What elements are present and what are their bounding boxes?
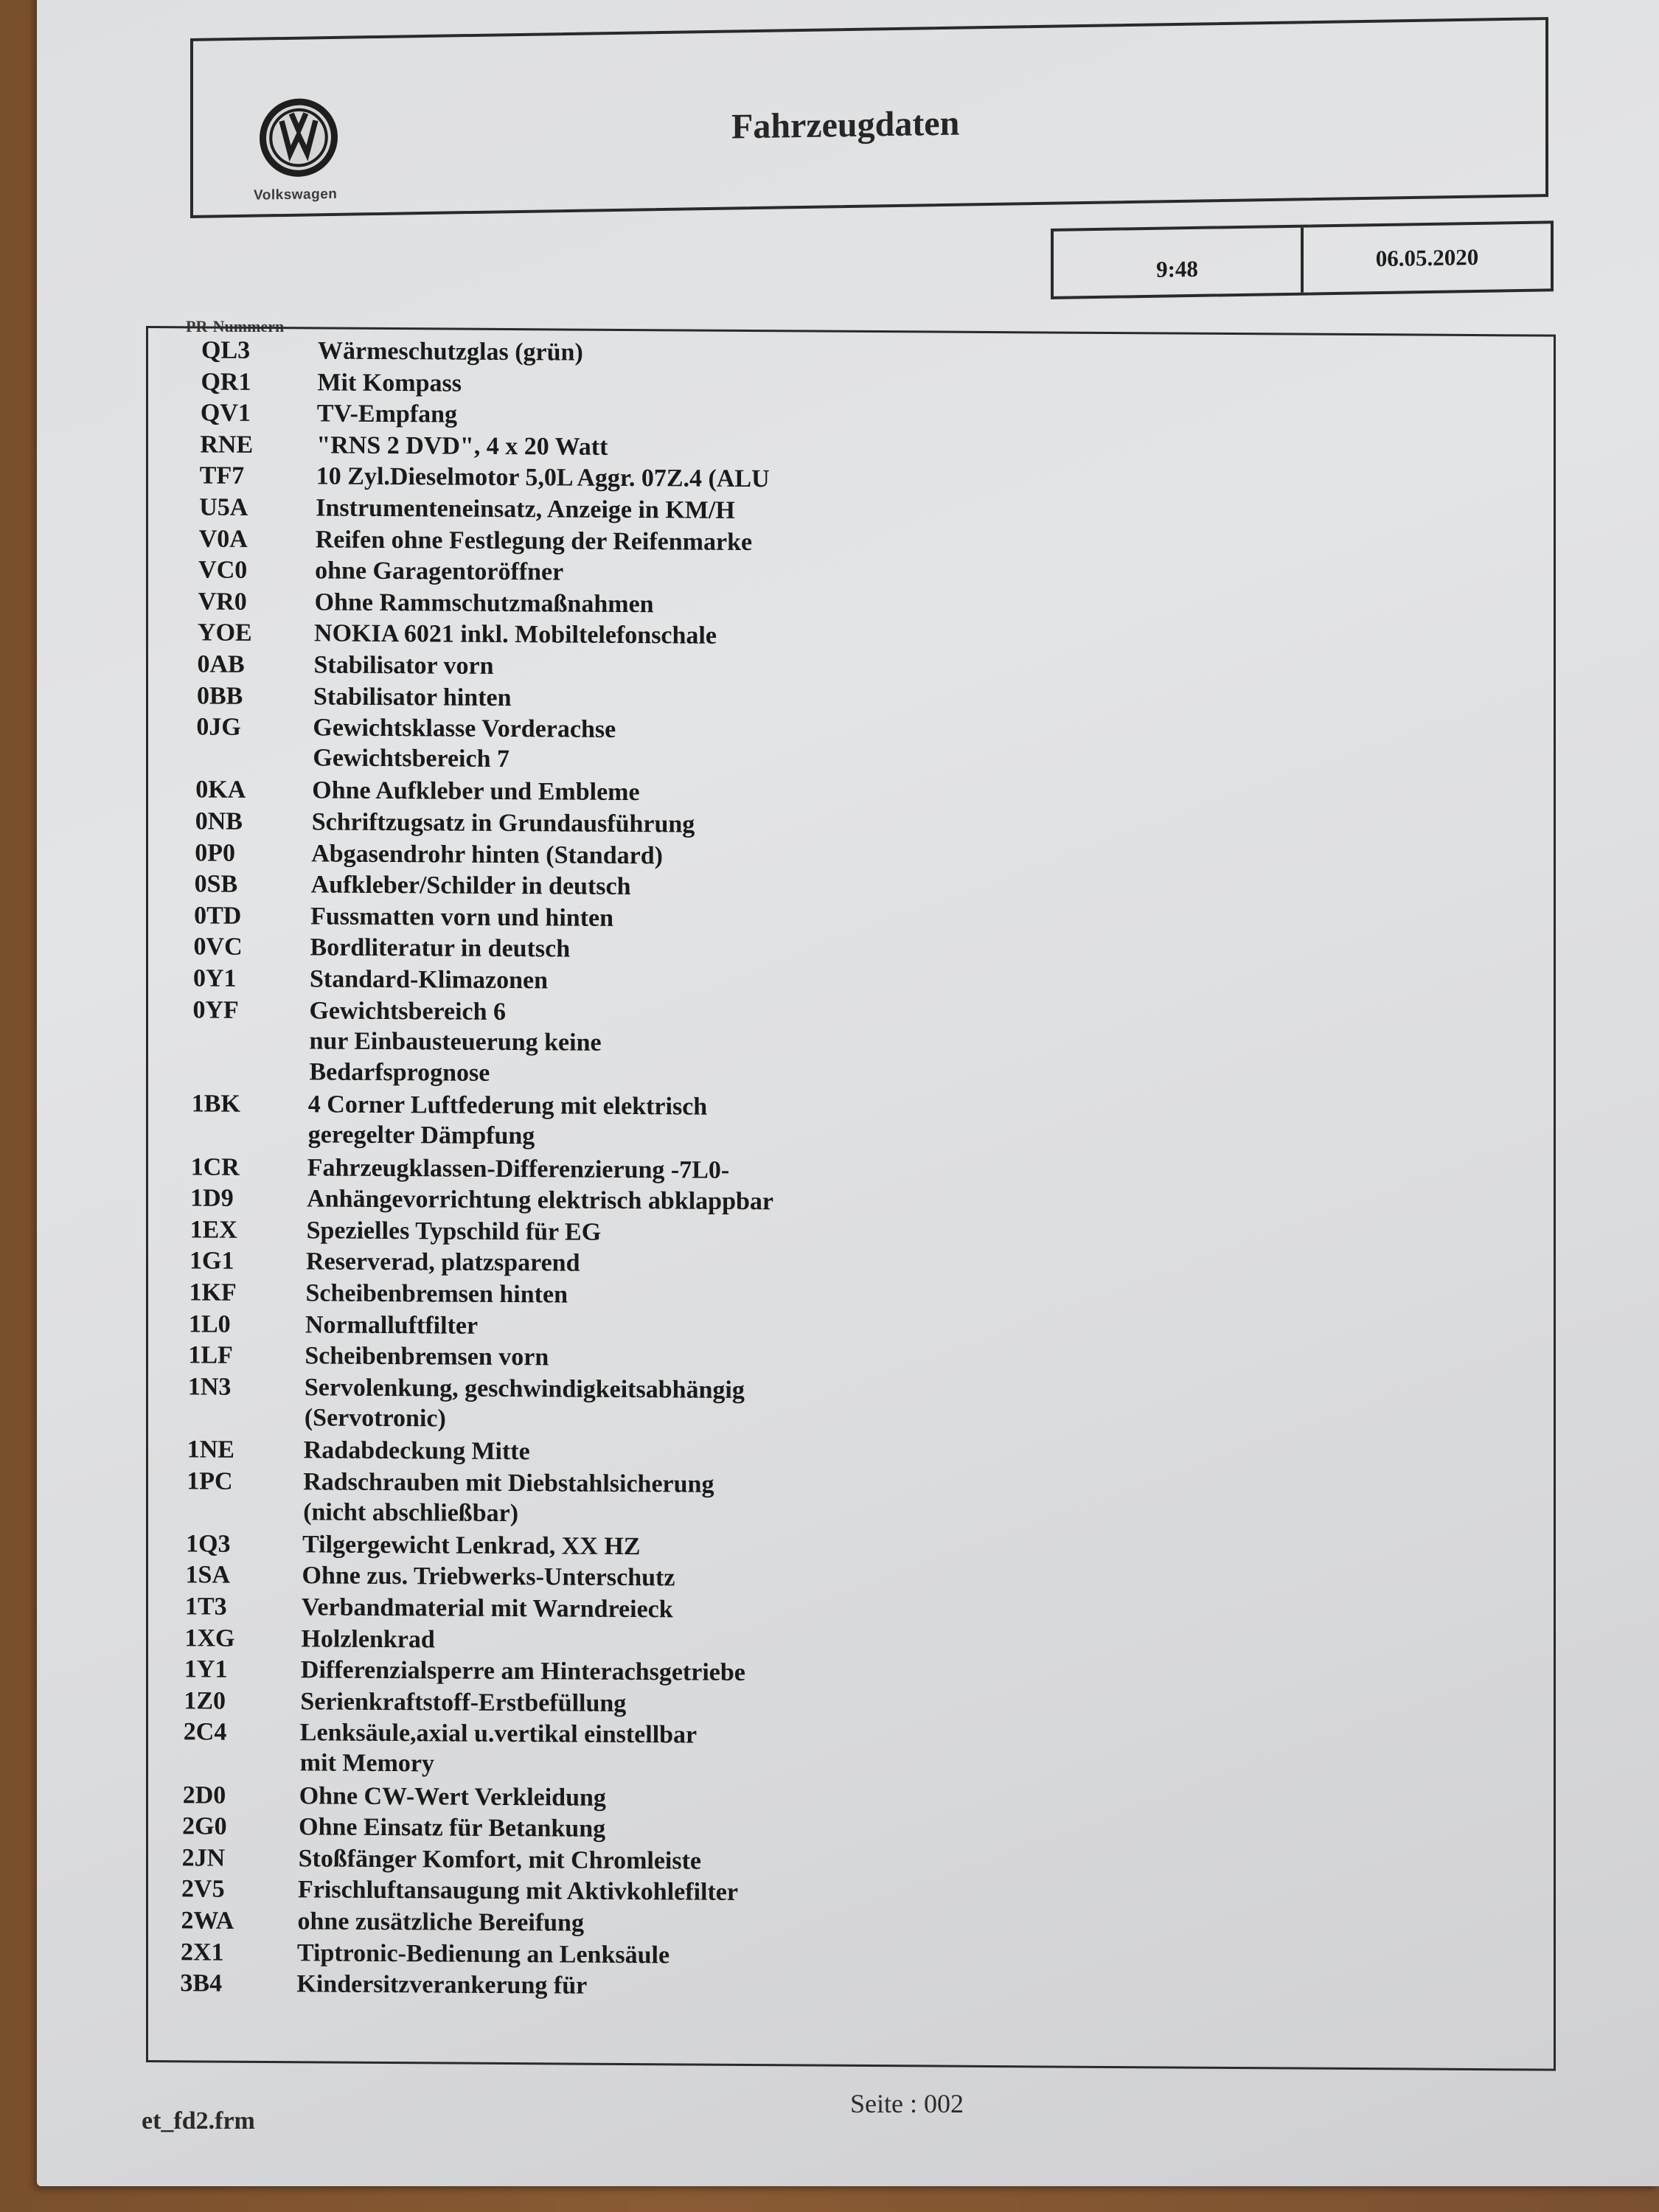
pr-code: 1Q3 bbox=[186, 1529, 302, 1559]
list-item: QL3Wärmeschutzglas (grün) bbox=[201, 335, 583, 367]
pr-description: Gewichtsbereich 6 bbox=[309, 996, 506, 1027]
list-item: 0ABStabilisator vorn bbox=[198, 650, 494, 681]
print-time: 9:48 bbox=[1054, 228, 1301, 296]
pr-code: 0YF bbox=[192, 995, 309, 1026]
list-item: 1Q3Tilgergewicht Lenkrad, XX HZ bbox=[186, 1529, 640, 1562]
pr-code: VC0 bbox=[198, 556, 315, 586]
pr-code: 2WA bbox=[181, 1906, 298, 1936]
pr-description: Scheibenbremsen hinten bbox=[306, 1279, 568, 1310]
list-item: 1N3Servolenkung, geschwindigkeitsabhängi… bbox=[188, 1372, 745, 1436]
pr-code: 1L0 bbox=[189, 1310, 305, 1340]
list-item: 2V5Frischluftansaugung mit Aktivkohlefil… bbox=[181, 1875, 738, 1908]
pr-description: Radabdeckung Mitte bbox=[304, 1436, 530, 1467]
list-item: VC0ohne Garagentoröffner bbox=[198, 556, 563, 588]
pr-code: 0KA bbox=[195, 776, 312, 806]
pr-description: mit Memory bbox=[184, 1747, 697, 1782]
print-date: 06.05.2020 bbox=[1301, 223, 1551, 292]
pr-code: 0TD bbox=[194, 901, 310, 931]
pr-code: TF7 bbox=[200, 462, 316, 492]
pr-code: 1G1 bbox=[189, 1247, 306, 1277]
timestamp-box: 9:48 06.05.2020 bbox=[1051, 220, 1554, 299]
pr-code: 0SB bbox=[195, 870, 311, 900]
pr-description: Reserverad, platzsparend bbox=[306, 1248, 580, 1279]
list-item: 1LFScheibenbremsen vorn bbox=[188, 1341, 549, 1373]
page-title: Fahrzeugdaten bbox=[731, 103, 959, 147]
brand-logo: Volkswagen bbox=[260, 98, 341, 204]
pr-code: 1EX bbox=[190, 1215, 307, 1245]
pr-code: U5A bbox=[199, 493, 316, 523]
list-item: 1PCRadschrauben mit Diebstahlsicherung(n… bbox=[187, 1467, 714, 1531]
pr-code: 0AB bbox=[198, 650, 314, 680]
pr-description: Schriftzugsatz in Grundausführung bbox=[312, 807, 695, 839]
pr-code: 2JN bbox=[182, 1843, 299, 1874]
pr-code: QL3 bbox=[201, 335, 318, 366]
pr-description: Aufkleber/Schilder in deutsch bbox=[311, 871, 631, 902]
pr-code: 2D0 bbox=[183, 1781, 299, 1811]
pr-description: Mit Kompass bbox=[317, 368, 462, 398]
header-box: Volkswagen Fahrzeugdaten bbox=[190, 17, 1548, 218]
pr-description: Ohne Rammschutzmaßnahmen bbox=[315, 588, 654, 619]
pr-description: Stabilisator vorn bbox=[314, 650, 494, 681]
list-item: 1XGHolzlenkrad bbox=[184, 1624, 434, 1655]
pr-code: 1BK bbox=[192, 1090, 308, 1120]
page-number: Seite : 002 bbox=[850, 2088, 964, 2119]
pr-description: Ohne Einsatz für Betankung bbox=[299, 1812, 605, 1844]
pr-code: 1D9 bbox=[190, 1184, 307, 1214]
pr-description: Servolenkung, geschwindigkeitsabhängig bbox=[305, 1373, 745, 1405]
list-item: 2D0Ohne CW-Wert Verkleidung bbox=[183, 1781, 606, 1813]
pr-description: Tiptronic-Bedienung an Lenksäule bbox=[297, 1938, 669, 1970]
pr-description: Lenksäule,axial u.vertikal einstellbar bbox=[300, 1719, 697, 1750]
list-item: 0BBStabilisator hinten bbox=[197, 681, 512, 713]
list-item: VR0Ohne Rammschutzmaßnahmen bbox=[198, 587, 654, 619]
list-item: 0SBAufkleber/Schilder in deutsch bbox=[195, 870, 631, 902]
pr-description: Wärmeschutzglas (grün) bbox=[318, 336, 583, 367]
list-item: 1CRFahrzeugklassen-Differenzierung -7L0- bbox=[191, 1152, 730, 1185]
list-item: 1SAOhne zus. Triebwerks-Unterschutz bbox=[186, 1561, 675, 1593]
pr-code: V0A bbox=[199, 524, 316, 554]
vw-logo-icon bbox=[260, 98, 338, 178]
list-item: 3B4Kindersitzverankerung für bbox=[180, 1969, 587, 2000]
list-item: 0YFGewichtsbereich 6nur Einbausteuerung … bbox=[192, 995, 601, 1091]
pr-description: Ohne zus. Triebwerks-Unterschutz bbox=[302, 1562, 675, 1593]
pr-code: 1CR bbox=[191, 1152, 307, 1183]
brand-name: Volkswagen bbox=[254, 187, 341, 204]
form-name: et_fd2.frm bbox=[142, 2107, 255, 2135]
pr-code: 2C4 bbox=[184, 1718, 300, 1748]
pr-description: Gewichtsklasse Vorderachse bbox=[313, 714, 616, 745]
pr-description: Ohne Aufkleber und Embleme bbox=[312, 776, 639, 808]
pr-code: 1N3 bbox=[188, 1372, 305, 1402]
pr-code: VR0 bbox=[198, 587, 315, 617]
list-item: 2G0Ohne Einsatz für Betankung bbox=[182, 1812, 605, 1844]
pr-numbers-box: QL3Wärmeschutzglas (grün)QR1Mit KompassQ… bbox=[146, 326, 1556, 2071]
list-item: 2WAohne zusätzliche Bereifung bbox=[181, 1906, 584, 1938]
pr-code: 2G0 bbox=[182, 1812, 299, 1842]
list-item: 1EXSpezielles Typschild für EG bbox=[190, 1215, 602, 1247]
list-item: 1G1Reserverad, platzsparend bbox=[189, 1247, 580, 1279]
pr-description: TV-Empfang bbox=[317, 400, 457, 430]
pr-description: Standard-Klimazonen bbox=[310, 964, 548, 995]
pr-description: Serienkraftstoff-Erstbefüllung bbox=[300, 1687, 626, 1719]
pr-code: 1SA bbox=[186, 1561, 302, 1591]
list-item: 1BK4 Corner Luftfederung mit elektrischg… bbox=[192, 1090, 707, 1154]
pr-code: 1NE bbox=[187, 1435, 304, 1465]
pr-description: Spezielles Typschild für EG bbox=[307, 1216, 602, 1247]
list-item: 1NERadabdeckung Mitte bbox=[187, 1435, 530, 1467]
pr-code: 3B4 bbox=[180, 1969, 296, 1999]
pr-description: Stabilisator hinten bbox=[313, 682, 512, 713]
pr-code: 0P0 bbox=[195, 838, 311, 869]
pr-code: 0NB bbox=[195, 807, 312, 837]
pr-description: Stoßfänger Komfort, mit Chromleiste bbox=[299, 1844, 701, 1876]
pr-code: 0JG bbox=[196, 713, 313, 743]
pr-code: 0BB bbox=[197, 681, 313, 712]
list-item: U5AInstrumenteneinsatz, Anzeige in KM/H bbox=[199, 493, 735, 525]
pr-code: QR1 bbox=[201, 367, 317, 397]
pr-description: NOKIA 6021 inkl. Mobiltelefonschale bbox=[314, 619, 717, 651]
pr-description: geregelter Dämpfung bbox=[192, 1119, 707, 1154]
list-item: RNE"RNS 2 DVD", 4 x 20 Watt bbox=[200, 430, 608, 462]
list-item: 2X1Tiptronic-Bedienung an Lenksäule bbox=[181, 1938, 669, 1970]
pr-description: nur Einbausteuerung keine bbox=[192, 1025, 601, 1059]
list-item: 2C4Lenksäule,axial u.vertikal einstellba… bbox=[184, 1718, 697, 1782]
pr-code: 1KF bbox=[189, 1278, 306, 1308]
pr-description: Holzlenkrad bbox=[301, 1624, 434, 1655]
list-item: 0P0Abgasendrohr hinten (Standard) bbox=[195, 838, 663, 871]
pr-description: Scheibenbremsen vorn bbox=[305, 1342, 549, 1373]
pr-description: Gewichtsbereich 7 bbox=[196, 742, 616, 776]
pr-description: Bedarfsprognose bbox=[192, 1057, 601, 1091]
list-item: 1T3Verbandmaterial mit Warndreieck bbox=[185, 1592, 673, 1624]
pr-description: Differenzialsperre am Hinterachsgetriebe bbox=[301, 1655, 745, 1688]
list-item: 0KAOhne Aufkleber und Embleme bbox=[195, 776, 639, 808]
list-item: 0TDFussmatten vorn und hinten bbox=[194, 901, 613, 933]
pr-description: Frischluftansaugung mit Aktivkohlefilter bbox=[298, 1876, 738, 1908]
pr-description: Instrumenteneinsatz, Anzeige in KM/H bbox=[316, 493, 735, 525]
list-item: 0VCBordliteratur in deutsch bbox=[194, 933, 571, 964]
list-item: V0AReifen ohne Festlegung der Reifenmark… bbox=[199, 524, 752, 557]
pr-description: ohne Garagentoröffner bbox=[315, 557, 563, 588]
pr-description: ohne zusätzliche Bereifung bbox=[298, 1907, 584, 1938]
list-item: 2JNStoßfänger Komfort, mit Chromleiste bbox=[182, 1843, 701, 1876]
pr-description: (nicht abschließbar) bbox=[187, 1496, 714, 1531]
list-item: 0JGGewichtsklasse VorderachseGewichtsber… bbox=[196, 713, 616, 776]
pr-description: Bordliteratur in deutsch bbox=[310, 933, 571, 964]
pr-code: 1T3 bbox=[185, 1592, 302, 1622]
pr-description: Anhängevorrichtung elektrisch abklappbar bbox=[307, 1185, 773, 1217]
pr-description: Fahrzeugklassen-Differenzierung -7L0- bbox=[307, 1153, 730, 1185]
pr-description: Fussmatten vorn und hinten bbox=[310, 902, 613, 933]
list-item: YOENOKIA 6021 inkl. Mobiltelefonschale bbox=[198, 619, 717, 651]
pr-code: 1XG bbox=[184, 1624, 301, 1654]
list-item: 1KFScheibenbremsen hinten bbox=[189, 1278, 568, 1310]
pr-description: 10 Zyl.Dieselmotor 5,0L Aggr. 07Z.4 (ALU bbox=[316, 462, 770, 495]
pr-description: Kindersitzverankerung für bbox=[296, 1969, 587, 2000]
pr-code: 1LF bbox=[188, 1341, 305, 1371]
pr-description: Verbandmaterial mit Warndreieck bbox=[302, 1593, 673, 1624]
list-item: 0NBSchriftzugsatz in Grundausführung bbox=[195, 807, 695, 839]
list-item: 1Z0Serienkraftstoff-Erstbefüllung bbox=[184, 1686, 626, 1719]
list-item: 0Y1Standard-Klimazonen bbox=[193, 964, 548, 995]
pr-description: Radschrauben mit Diebstahlsicherung bbox=[303, 1467, 714, 1499]
pr-description: Normalluftfilter bbox=[305, 1310, 478, 1340]
pr-description: Reifen ohne Festlegung der Reifenmarke bbox=[316, 525, 752, 557]
pr-description: (Servotronic) bbox=[188, 1402, 745, 1436]
pr-code: 0Y1 bbox=[193, 964, 310, 994]
pr-code: YOE bbox=[198, 619, 314, 649]
pr-code: 2V5 bbox=[181, 1875, 298, 1905]
pr-code: RNE bbox=[200, 430, 316, 460]
pr-code: 1Z0 bbox=[184, 1686, 300, 1717]
list-item: 1L0Normalluftfilter bbox=[189, 1310, 478, 1340]
pr-code: 2X1 bbox=[181, 1938, 297, 1968]
list-item: QR1Mit Kompass bbox=[201, 367, 462, 398]
pr-code: 0VC bbox=[194, 933, 310, 963]
list-item: QV1TV-Empfang bbox=[201, 399, 457, 430]
pr-description: Tilgergewicht Lenkrad, XX HZ bbox=[302, 1530, 640, 1562]
pr-description: "RNS 2 DVD", 4 x 20 Watt bbox=[316, 431, 608, 462]
pr-description: Abgasendrohr hinten (Standard) bbox=[311, 839, 663, 871]
pr-description: 4 Corner Luftfederung mit elektrisch bbox=[308, 1091, 707, 1122]
pr-description: Ohne CW-Wert Verkleidung bbox=[299, 1781, 606, 1813]
list-item: TF710 Zyl.Dieselmotor 5,0L Aggr. 07Z.4 (… bbox=[200, 462, 770, 495]
list-item: 1D9Anhängevorrichtung elektrisch abklapp… bbox=[190, 1184, 773, 1217]
pr-code: 1Y1 bbox=[184, 1655, 301, 1686]
pr-code: 1PC bbox=[187, 1467, 303, 1497]
list-item: 1Y1Differenzialsperre am Hinterachsgetri… bbox=[184, 1655, 745, 1688]
pr-code: QV1 bbox=[201, 399, 317, 429]
